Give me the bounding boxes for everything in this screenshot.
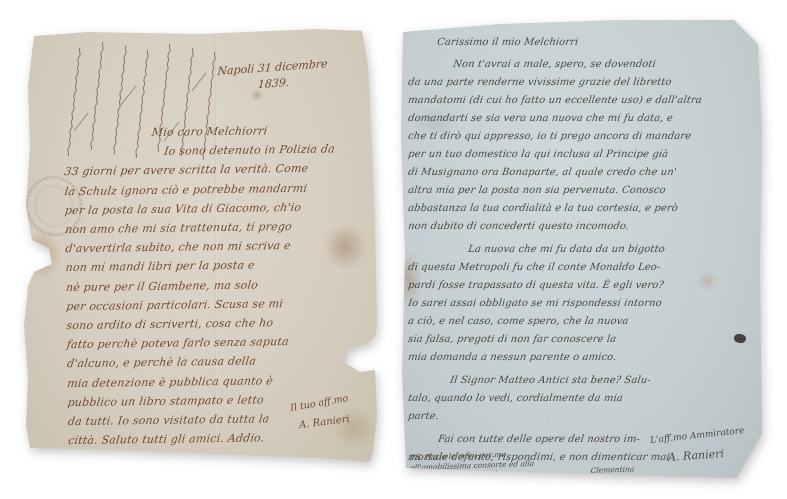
body-line: parte. bbox=[407, 408, 758, 426]
body-line: mandatomi (di cui ho fatto un eccellente… bbox=[407, 92, 758, 110]
body-line: di questa Metropoli fu che il conte Mona… bbox=[407, 259, 758, 277]
left-letter: Napoli 31 dicembre 1839. Mio caro Melchi… bbox=[18, 26, 380, 466]
body-line: pardi fosse trapassato di questa vita. È… bbox=[407, 277, 758, 295]
body-line: di Musignano ora Bonaparte, al quale cre… bbox=[407, 164, 758, 182]
body-line: altra mia per la posta non sia pervenuta… bbox=[407, 182, 758, 200]
body-line: non dubito di concederti questo incomodo… bbox=[407, 218, 758, 236]
body-line: abbastanza la tua cordialità e la tua co… bbox=[407, 200, 758, 218]
body-line: Il Signor Matteo Antici sta bene? Salu- bbox=[449, 372, 758, 390]
letter-body: Carissimo il mio Melchiorri Non t'avrai … bbox=[408, 34, 756, 472]
body-line: sia falsa, pregoti di non far conoscere … bbox=[407, 331, 758, 349]
paragraph: Non t'avrai a male, spero, se dovendoti … bbox=[408, 56, 756, 236]
left-letter-paper: Napoli 31 dicembre 1839. Mio caro Melchi… bbox=[18, 26, 380, 466]
body-line: da una parte renderne vivissime grazie d… bbox=[407, 74, 758, 92]
body-line: a ciò, e nel caso, come spero, che la nu… bbox=[407, 313, 758, 331]
body-line: La nuova che mi fu data da un bigotto bbox=[467, 241, 758, 259]
paragraph: La nuova che mi fu data da un bigotto di… bbox=[408, 241, 756, 367]
salutation: Carissimo il mio Melchiorri bbox=[436, 34, 758, 52]
body-line: domandarti se sia vera una nuova che mi … bbox=[407, 110, 758, 128]
body-line: città. Saluto tutti gli amici. Addio. bbox=[67, 427, 375, 451]
body-line: talo, quando lo vedi, cordialmente da mi… bbox=[407, 390, 758, 408]
body-line: Io sarei assai obbligato se mi rispondes… bbox=[407, 295, 758, 313]
body-line: Non t'avrai a male, spero, se dovendoti bbox=[452, 56, 758, 74]
body-line: per un tuo domestico la qui inclusa al P… bbox=[407, 146, 758, 164]
body-line: mia domanda a nessun parente o amico. bbox=[407, 349, 758, 367]
right-letter: Carissimo il mio Melchiorri Non t'avrai … bbox=[400, 14, 764, 484]
right-letter-paper: Carissimo il mio Melchiorri Non t'avrai … bbox=[400, 14, 764, 484]
ps-name: Clementina bbox=[590, 464, 635, 475]
paragraph: Il Signor Matteo Antici sta bene? Salu- … bbox=[408, 372, 756, 426]
body-line: che ti dirò qui appresso, io ti prego an… bbox=[407, 128, 758, 146]
ps-date: Napoli 4 febbraio 1841 bbox=[410, 469, 499, 481]
photo-canvas: Napoli 31 dicembre 1839. Mio caro Melchi… bbox=[0, 0, 787, 499]
tear-stain bbox=[22, 232, 60, 278]
